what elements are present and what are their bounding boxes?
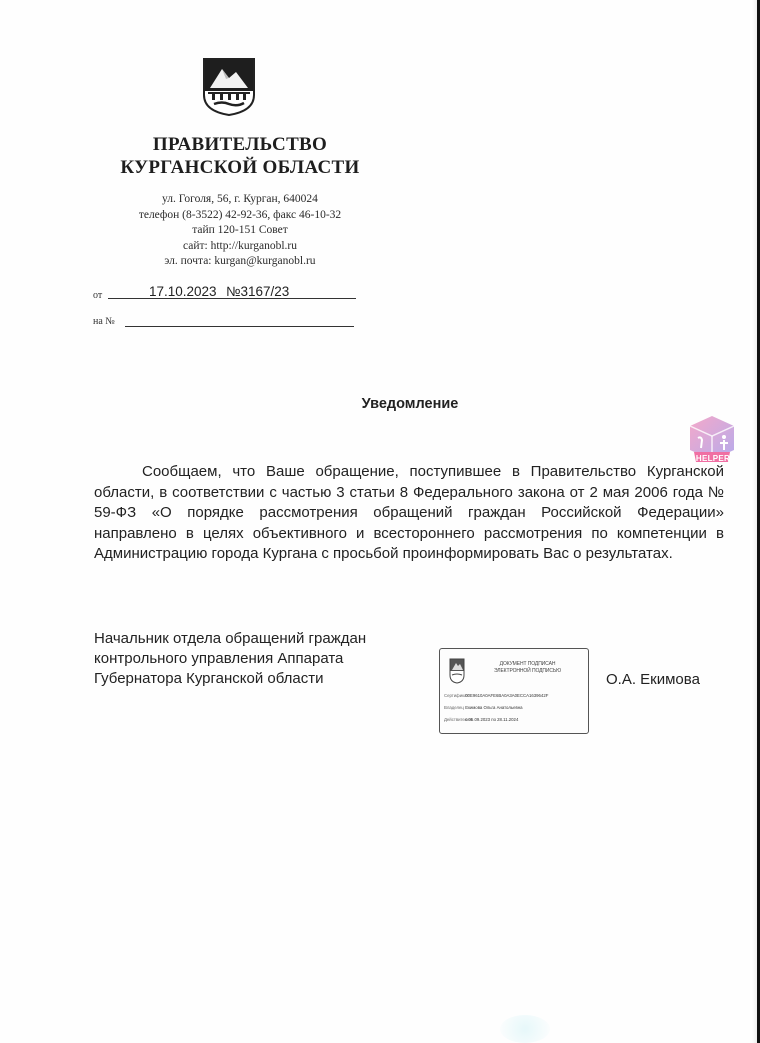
- esig-owner-label: Владелец: [444, 705, 464, 710]
- esig-validity-row: Действителен с 05.09.2023 по 28.11.2024: [444, 717, 518, 722]
- from-label: от: [93, 290, 102, 301]
- helper-watermark-label: HELPER: [691, 454, 735, 463]
- esig-owner-value: Екимова Ольга Анатольевна: [465, 705, 522, 710]
- esig-certificate-label: Сертификат: [444, 693, 464, 698]
- phone-fax: телефон (8-3522) 42-92-36, факс 46-10-32: [100, 208, 380, 224]
- signer-position: Начальник отдела обращений граждан контр…: [94, 629, 424, 689]
- notice-title: Уведомление: [300, 396, 520, 412]
- notice-body: Сообщаем, что Ваше обращение, поступивше…: [94, 462, 724, 565]
- document-number: №3167/23: [226, 284, 289, 299]
- signer-position-line-2: контрольного управления Аппарата: [94, 649, 424, 669]
- signer-position-line-3: Губернатора Курганской области: [94, 669, 424, 689]
- document-date: 17.10.2023: [149, 284, 217, 299]
- organization-name: ПРАВИТЕЛЬСТВО КУРГАНСКОЙ ОБЛАСТИ: [100, 133, 380, 179]
- address: ул. Гоголя, 56, г. Курган, 640024: [100, 192, 380, 208]
- esig-coat-of-arms-icon: [449, 658, 465, 684]
- esig-header-line-1: ДОКУМЕНТ ПОДПИСАН: [470, 661, 585, 668]
- reply-label: на №: [93, 316, 115, 327]
- scan-smudge: [500, 1015, 550, 1043]
- esig-header: ДОКУМЕНТ ПОДПИСАН ЭЛЕКТРОННОЙ ПОДПИСЬЮ: [470, 661, 585, 675]
- organization-contacts: ул. Гоголя, 56, г. Курган, 640024 телефо…: [100, 192, 380, 270]
- kurgan-coat-of-arms-icon: [202, 57, 256, 117]
- esig-validity-value: с 05.09.2023 по 28.11.2024: [465, 717, 518, 722]
- telex: тайп 120-151 Совет: [100, 223, 380, 239]
- org-name-line-2: КУРГАНСКОЙ ОБЛАСТИ: [100, 156, 380, 179]
- electronic-signature-stamp: ДОКУМЕНТ ПОДПИСАН ЭЛЕКТРОННОЙ ПОДПИСЬЮ С…: [439, 648, 589, 734]
- esig-owner-row: Владелец Екимова Ольга Анатольевна: [444, 705, 523, 710]
- org-name-line-1: ПРАВИТЕЛЬСТВО: [100, 133, 380, 156]
- esig-certificate-row: Сертификат 00E9610A0AFE6BA0A3A0ECCA16396…: [444, 693, 548, 698]
- email: эл. почта: kurgan@kurganobl.ru: [100, 254, 380, 270]
- website: сайт: http://kurganobl.ru: [100, 239, 380, 255]
- esig-header-line-2: ЭЛЕКТРОННОЙ ПОДПИСЬЮ: [470, 668, 585, 675]
- signer-name: О.А. Екимова: [606, 671, 700, 688]
- esig-certificate-value: 00E9610A0AFE6BA0A3A0ECCA1639642F: [465, 693, 548, 698]
- reply-underline: [125, 326, 354, 327]
- signer-position-line-1: Начальник отдела обращений граждан: [94, 629, 424, 649]
- esig-validity-label: Действителен: [444, 717, 464, 722]
